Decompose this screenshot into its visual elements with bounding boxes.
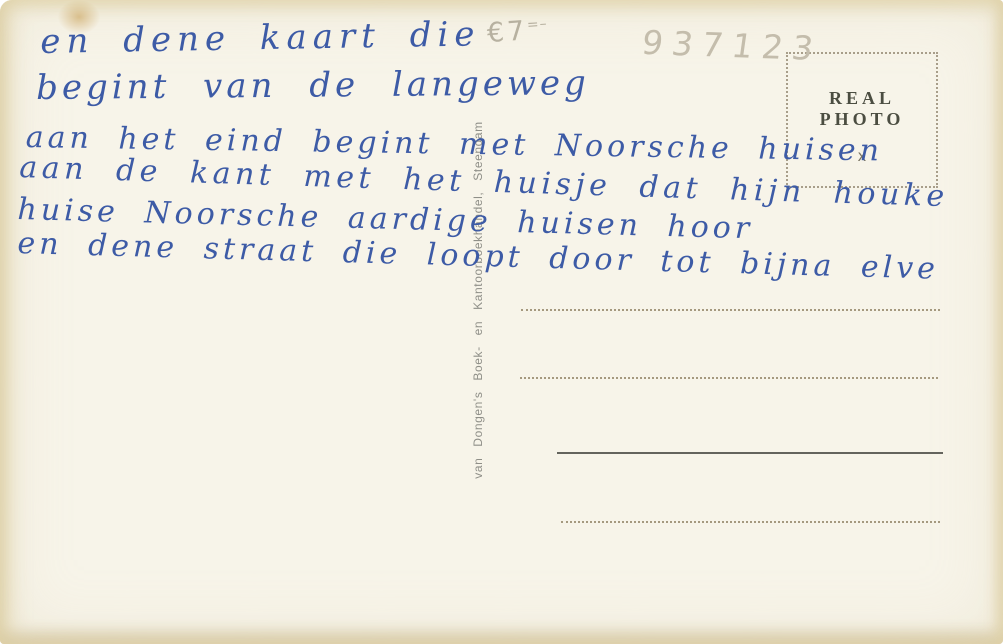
price-value: €7 xyxy=(486,15,528,49)
postcard-back: en dene kaart die begint van de langeweg… xyxy=(0,0,1003,644)
price-suffix: =– xyxy=(526,16,548,33)
message-line-1: en dene kaart die xyxy=(40,14,481,62)
pencil-serial-number: 937123 xyxy=(639,23,824,68)
address-line-3 xyxy=(557,452,943,454)
address-line-4 xyxy=(561,521,940,523)
stamp-text-photo: PHOTO xyxy=(788,109,936,130)
address-line-2 xyxy=(520,377,938,379)
pencil-price-note: €7=– xyxy=(486,14,549,49)
stamp-text-real: REAL xyxy=(788,88,936,109)
address-line-1 xyxy=(521,309,940,311)
message-line-2: begint van de langeweg xyxy=(36,63,590,108)
